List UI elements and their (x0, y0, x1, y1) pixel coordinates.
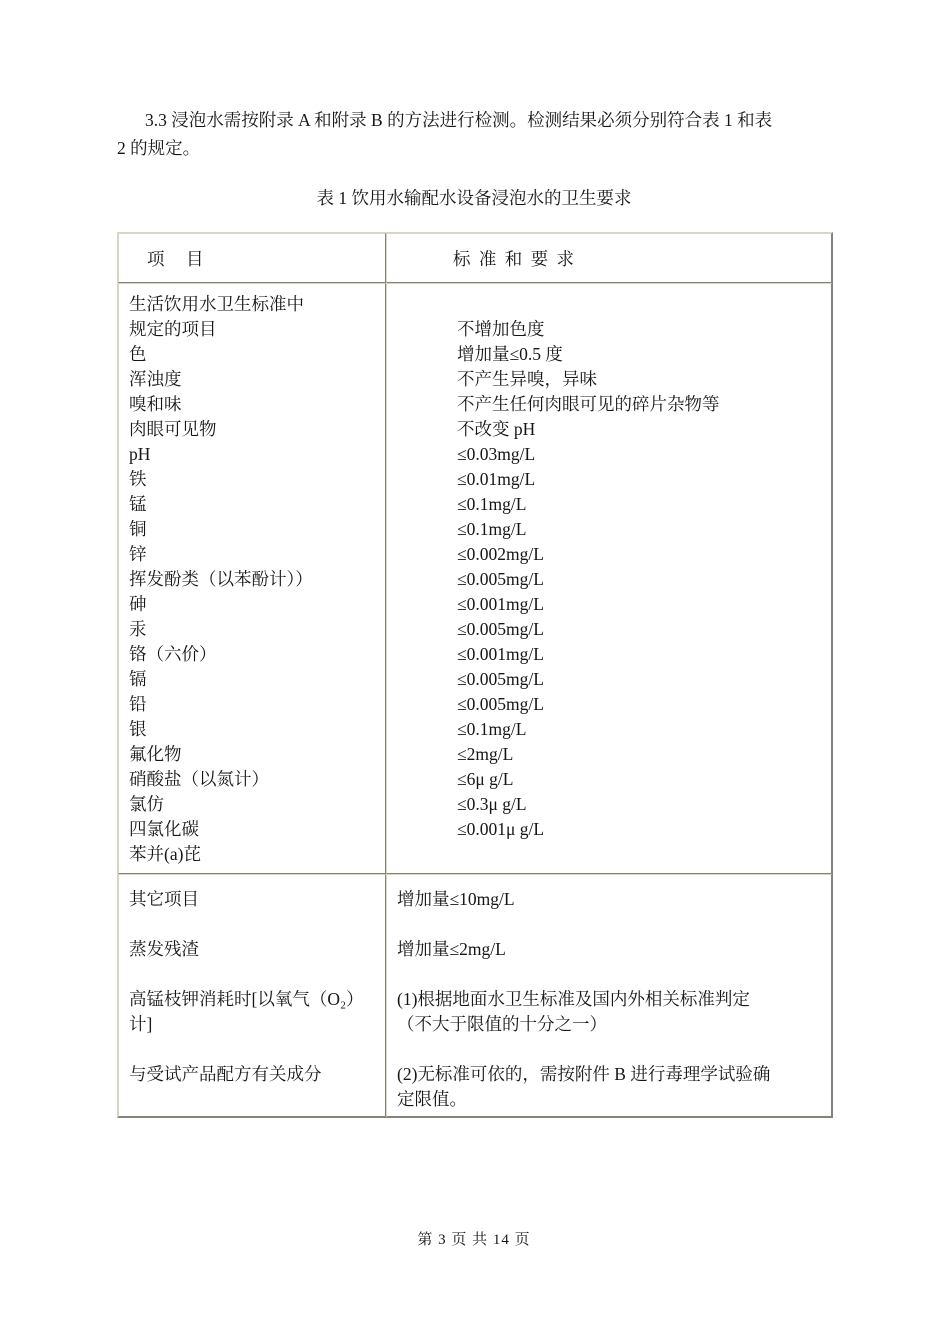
table-text-line: 计] (129, 1012, 381, 1037)
table-text-line (397, 912, 827, 937)
table-text-line: 铅 (129, 692, 381, 717)
table-text-line: 与受试产品配方有关成分 (129, 1062, 381, 1087)
section1-standards-cell: 不增加色度增加量≤0.5 度不产生异嗅，异味不产生任何肉眼可见的碎片杂物等不改变… (386, 283, 832, 874)
table-text-line: ≤0.1mg/L (457, 492, 827, 517)
table-text-line: ≤0.002mg/L (457, 542, 827, 567)
table-text-line: 挥发酚类（以苯酚计）） (129, 567, 381, 592)
table-text-line: ≤0.005mg/L (457, 692, 827, 717)
table-text-line: 铁 (129, 467, 381, 492)
table-text-line (397, 1037, 827, 1062)
table-text-line: 不增加色度 (457, 317, 827, 342)
table-text-line: ≤0.001mg/L (457, 592, 827, 617)
table-text-line: ≤0.03mg/L (457, 442, 827, 467)
table-text-line: ≤0.005mg/L (457, 617, 827, 642)
table-text-line: ≤0.005mg/L (457, 667, 827, 692)
table1-header-row: 项 目 标 准 和 要 求 (118, 233, 832, 283)
table-text-line (397, 962, 827, 987)
table-text-line: 锌 (129, 542, 381, 567)
table-text-line: ≤6μ g/L (457, 767, 827, 792)
table-text-line: ≤0.005mg/L (457, 567, 827, 592)
table-text-line (457, 292, 827, 317)
table-text-line: 镉 (129, 667, 381, 692)
table-text-line: 蒸发残渣 (129, 937, 381, 962)
table-text-line: (2)无标准可依的，需按附件 B 进行毒理学试验确 (397, 1062, 827, 1087)
table-text-line (129, 1037, 381, 1062)
table-text-line: ≤2mg/L (457, 742, 827, 767)
table1-caption: 表 1 饮用水输配水设备浸泡水的卫生要求 (117, 184, 831, 212)
table-text-line: 不产生任何肉眼可见的碎片杂物等 (457, 392, 827, 417)
table-text-line: ≤0.1mg/L (457, 517, 827, 542)
table-text-line: 银 (129, 717, 381, 742)
table-text-line: 其它项目 (129, 887, 381, 912)
table-text-line (129, 1087, 381, 1112)
table-text-line: 规定的项目 (129, 317, 381, 342)
table-text-line: 硝酸盐（以氮计） (129, 767, 381, 792)
table-text-line: （不大于限值的十分之一） (397, 1012, 827, 1037)
table-text-line: 不改变 pH (457, 417, 827, 442)
section1-items-cell: 生活饮用水卫生标准中规定的项目色浑浊度嗅和味肉眼可见物pH铁锰铜锌挥发酚类（以苯… (118, 283, 386, 874)
col-header-item: 项 目 (118, 233, 386, 283)
table-text-line: 高锰枝钾消耗时[以氧气（O₂） (129, 987, 381, 1012)
table-text-line: 汞 (129, 617, 381, 642)
document-page: 3.3 浸泡水需按附录 A 和附录 B 的方法进行检测。检测结果必须分别符合表 … (0, 0, 950, 1249)
table-text-line: 铜 (129, 517, 381, 542)
table-text-line: 定限值。 (397, 1087, 827, 1112)
paragraph-line: 2 的规定。 (117, 134, 831, 162)
table-text-line: 生活饮用水卫生标准中 (129, 292, 381, 317)
table-text-line: 锰 (129, 492, 381, 517)
table-text-line: 砷 (129, 592, 381, 617)
table-text-line: ≤0.001mg/L (457, 642, 827, 667)
table-text-line: 浑浊度 (129, 367, 381, 392)
table-text-line: ≤0.001μ g/L (457, 817, 827, 842)
table-text-line: ≤0.3μ g/L (457, 792, 827, 817)
hygiene-requirements-table: 项 目 标 准 和 要 求 生活饮用水卫生标准中规定的项目色浑浊度嗅和味肉眼可见… (117, 232, 833, 1118)
table-text-line (457, 842, 827, 867)
table-text-line (129, 912, 381, 937)
table1-section1-row: 生活饮用水卫生标准中规定的项目色浑浊度嗅和味肉眼可见物pH铁锰铜锌挥发酚类（以苯… (118, 283, 832, 874)
table1-section2-row: 其它项目蒸发残渣高锰枝钾消耗时[以氧气（O₂）计]与受试产品配方有关成分 增加量… (118, 874, 832, 1117)
table-text-line: ≤0.1mg/L (457, 717, 827, 742)
paragraph-line: 3.3 浸泡水需按附录 A 和附录 B 的方法进行检测。检测结果必须分别符合表 … (117, 106, 831, 134)
body-paragraph: 3.3 浸泡水需按附录 A 和附录 B 的方法进行检测。检测结果必须分别符合表 … (117, 106, 831, 162)
table-text-line: ≤0.01mg/L (457, 467, 827, 492)
table-text-line: 四氯化碳 (129, 817, 381, 842)
table-text-line: 增加量≤10mg/L (397, 887, 827, 912)
table-text-line: 增加量≤2mg/L (397, 937, 827, 962)
table-text-line: 增加量≤0.5 度 (457, 342, 827, 367)
table-text-line: (1)根据地面水卫生标准及国内外相关标准判定 (397, 987, 827, 1012)
section2-items-cell: 其它项目蒸发残渣高锰枝钾消耗时[以氧气（O₂）计]与受试产品配方有关成分 (118, 874, 386, 1117)
section2-standards-cell: 增加量≤10mg/L增加量≤2mg/L(1)根据地面水卫生标准及国内外相关标准判… (386, 874, 832, 1117)
col-header-standard: 标 准 和 要 求 (386, 233, 832, 283)
table-text-line: 嗅和味 (129, 392, 381, 417)
table-text-line: 苯并(a)芘 (129, 842, 381, 867)
table-text-line: 铬（六价） (129, 642, 381, 667)
table-text-line: pH (129, 442, 381, 467)
table-text-line: 肉眼可见物 (129, 417, 381, 442)
page-footer: 第 3 页 共 14 页 (117, 1228, 831, 1249)
table-text-line: 色 (129, 342, 381, 367)
table-text-line: 不产生异嗅，异味 (457, 367, 827, 392)
table-text-line: 氯仿 (129, 792, 381, 817)
table-text-line: 氟化物 (129, 742, 381, 767)
table-text-line (129, 962, 381, 987)
